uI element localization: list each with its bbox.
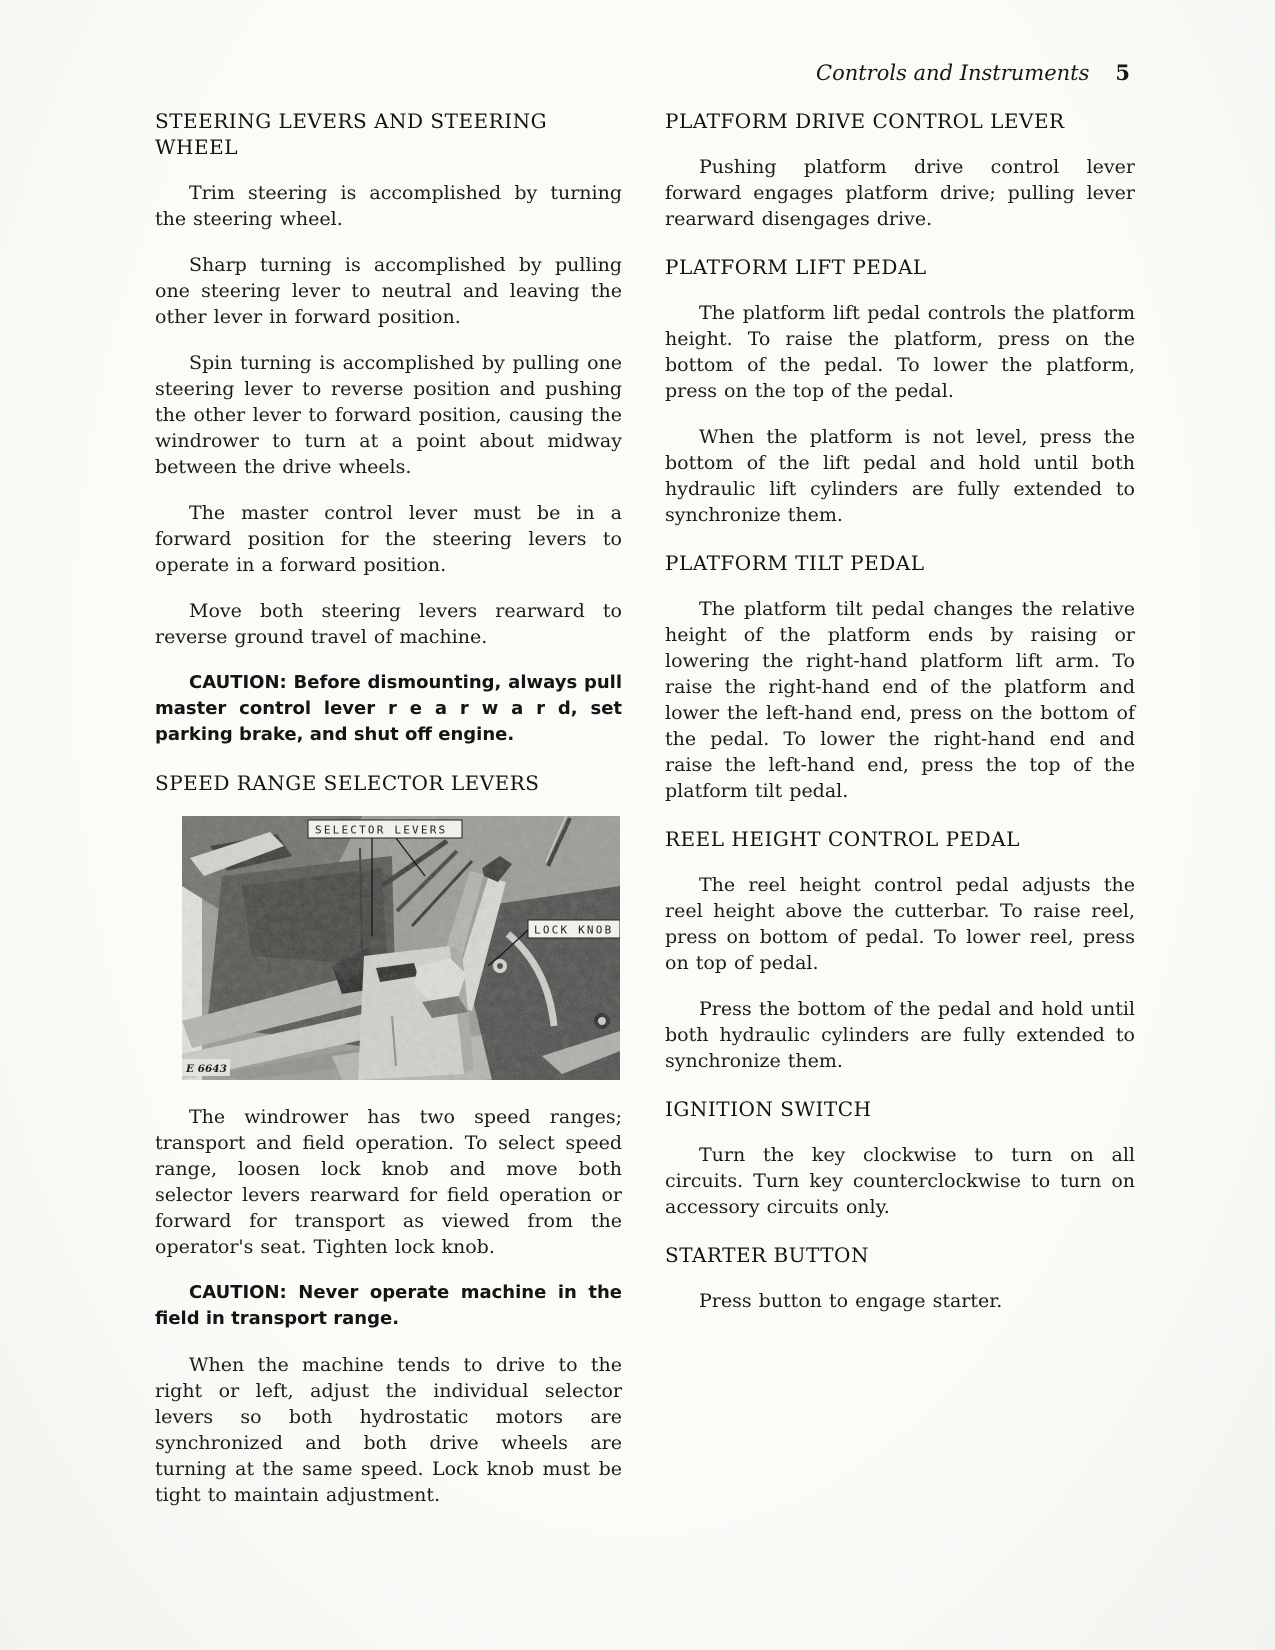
paragraph-spin-turning: Spin turning is accomplished by pulling …: [155, 350, 622, 480]
manual-page: Controls and Instruments 5 STEERING LEVE…: [0, 0, 1275, 1650]
figure-callout-selector-levers: SELECTOR LEVERS: [308, 820, 462, 838]
caution-transport-range: CAUTION: Never operate machine in the fi…: [155, 1280, 622, 1332]
heading-platform-drive: PLATFORM DRIVE CONTROL LEVER: [665, 108, 1135, 134]
right-column: PLATFORM DRIVE CONTROL LEVER Pushing pla…: [665, 108, 1135, 1334]
paragraph-platform-lift-2: When the platform is not level, press th…: [665, 424, 1135, 528]
paragraph-platform-tilt: The platform tilt pedal changes the rela…: [665, 596, 1135, 804]
heading-speed-range: SPEED RANGE SELECTOR LEVERS: [155, 770, 622, 796]
page-header: Controls and Instruments 5: [816, 60, 1130, 85]
paragraph-sharp-turning: Sharp turning is accomplished by pulling…: [155, 252, 622, 330]
paragraph-starter-button: Press button to engage starter.: [665, 1288, 1135, 1314]
figure-callout-lock-knob: LOCK KNOB: [528, 920, 620, 938]
heading-starter-button: STARTER BUTTON: [665, 1242, 1135, 1268]
paragraph-ignition-switch: Turn the key clockwise to turn on all ci…: [665, 1142, 1135, 1220]
paragraph-platform-drive: Pushing platform drive control lever for…: [665, 154, 1135, 232]
heading-reel-height: REEL HEIGHT CONTROL PEDAL: [665, 826, 1135, 852]
caution-dismounting: CAUTION: Before dismounting, always pull…: [155, 670, 622, 748]
selector-levers-photo: SELECTOR LEVERS LOCK KNOB E 6643: [182, 816, 620, 1080]
heading-steering-levers: STEERING LEVERS AND STEERING WHEEL: [155, 108, 622, 160]
heading-platform-lift: PLATFORM LIFT PEDAL: [665, 254, 1135, 280]
page-number: 5: [1115, 60, 1130, 85]
paragraph-reel-height-2: Press the bottom of the pedal and hold u…: [665, 996, 1135, 1074]
left-column: STEERING LEVERS AND STEERING WHEEL Trim …: [155, 108, 622, 1528]
paragraph-speed-ranges: The windrower has two speed ranges; tran…: [155, 1104, 622, 1260]
figure-selector-levers: SELECTOR LEVERS LOCK KNOB E 6643: [182, 816, 620, 1080]
figure-label-lock-knob: LOCK KNOB: [534, 924, 613, 937]
paragraph-master-control: The master control lever must be in a fo…: [155, 500, 622, 578]
heading-platform-tilt: PLATFORM TILT PEDAL: [665, 550, 1135, 576]
running-title: Controls and Instruments: [816, 61, 1089, 85]
heading-ignition-switch: IGNITION SWITCH: [665, 1096, 1135, 1122]
paragraph-synchronize-motors: When the machine tends to drive to the r…: [155, 1352, 622, 1508]
paragraph-reel-height-1: The reel height control pedal adjusts th…: [665, 872, 1135, 976]
paragraph-trim-steering: Trim steering is accomplished by turning…: [155, 180, 622, 232]
figure-photo-id: E 6643: [185, 1063, 227, 1075]
paragraph-reverse-travel: Move both steering levers rearward to re…: [155, 598, 622, 650]
figure-label-selector-levers: SELECTOR LEVERS: [315, 824, 447, 837]
paragraph-platform-lift-1: The platform lift pedal controls the pla…: [665, 300, 1135, 404]
